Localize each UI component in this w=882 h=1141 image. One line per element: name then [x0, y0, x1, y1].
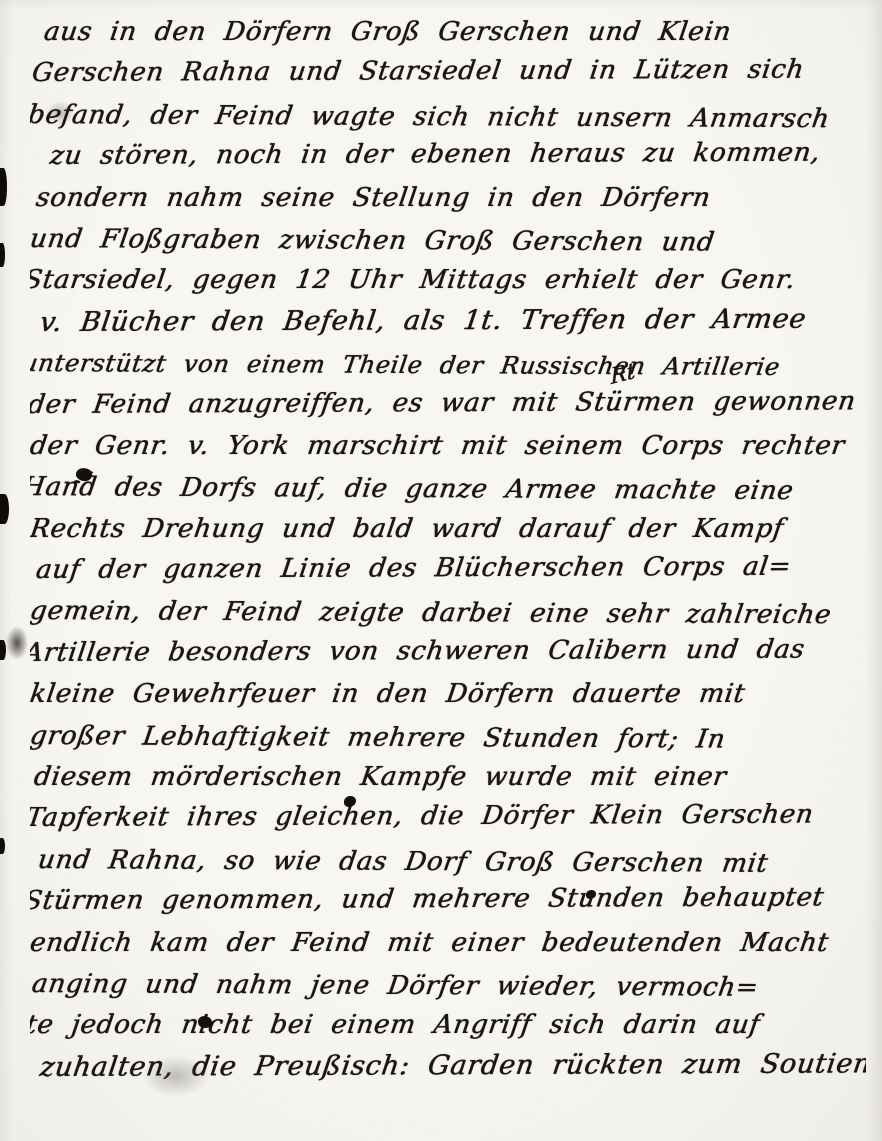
- manuscript-line-7: Starsiedel, gegen 12 Uhr Mittags erhielt…: [30, 260, 866, 301]
- manuscript-line-25: te jedoch nicht bei einem Angriff sich d…: [30, 1005, 866, 1046]
- manuscript-line-19: diesem mörderischen Kampfe wurde mit ein…: [31, 757, 866, 798]
- manuscript-line-2: Gerschen Rahna und Starsiedel und in Lüt…: [30, 50, 866, 95]
- scan-edge-artifact: [0, 640, 6, 660]
- scan-edge-artifact: [0, 494, 9, 524]
- ink-blot: [198, 1016, 212, 1028]
- manuscript-line-24: anging und nahm jene Dörfer wieder, verm…: [30, 964, 866, 1010]
- scan-edge-artifact: [0, 168, 7, 206]
- ink-smudge: [2, 620, 32, 666]
- manuscript-page: aus in den Dörfern Groß Gerschen und Kle…: [0, 0, 882, 1141]
- scan-edge-artifact: [0, 243, 5, 267]
- manuscript-line-20: Tapferkeit ihres gleichen, die Dörfer Kl…: [30, 795, 866, 840]
- manuscript-line-13: Rechts Drehung und bald ward darauf der …: [30, 509, 866, 550]
- manuscript-line-22: Stürmen genommen, und mehrere Stunden be…: [30, 878, 866, 923]
- manuscript-line-6: und Floßgraben zwischen Groß Gerschen un…: [30, 219, 866, 265]
- manuscript-line-11: der Genr. v. York marschirt mit seinem C…: [30, 426, 866, 467]
- manuscript-line-26: zuhalten, die Preußisch: Garden rückten …: [37, 1043, 866, 1088]
- manuscript-line-8: v. Blücher den Befehl, als 1t. Treffen d…: [37, 298, 866, 343]
- manuscript-line-12: Hand des Dorfs auf, die ganze Armee mach…: [30, 467, 866, 513]
- manuscript-line-14: auf der ganzen Linie des Blücherschen Co…: [33, 546, 866, 591]
- manuscript-line-18: großer Lebhaftigkeit mehrere Stunden for…: [30, 716, 866, 762]
- manuscript-line-1: aus in den Dörfern Groß Gerschen und Kle…: [41, 12, 866, 53]
- manuscript-line-23: endlich kam der Feind mit einer bedeuten…: [30, 923, 866, 964]
- manuscript-line-17: kleine Gewehrfeuer in den Dörfern dauert…: [30, 674, 866, 715]
- manuscript-line-4: zu stören, noch in der ebenen heraus zu …: [47, 133, 866, 178]
- scan-edge-artifact: [0, 838, 5, 854]
- manuscript-line-10: der Feind anzugreiffen, es war mit Stürm…: [30, 381, 866, 426]
- manuscript-line-5: sondern nahm seine Stellung in den Dörfe…: [33, 178, 866, 219]
- manuscript-text-block: aus in den Dörfern Groß Gerschen und Kle…: [30, 12, 866, 1141]
- manuscript-line-16: Artillerie besonders von schweren Calibe…: [30, 629, 866, 674]
